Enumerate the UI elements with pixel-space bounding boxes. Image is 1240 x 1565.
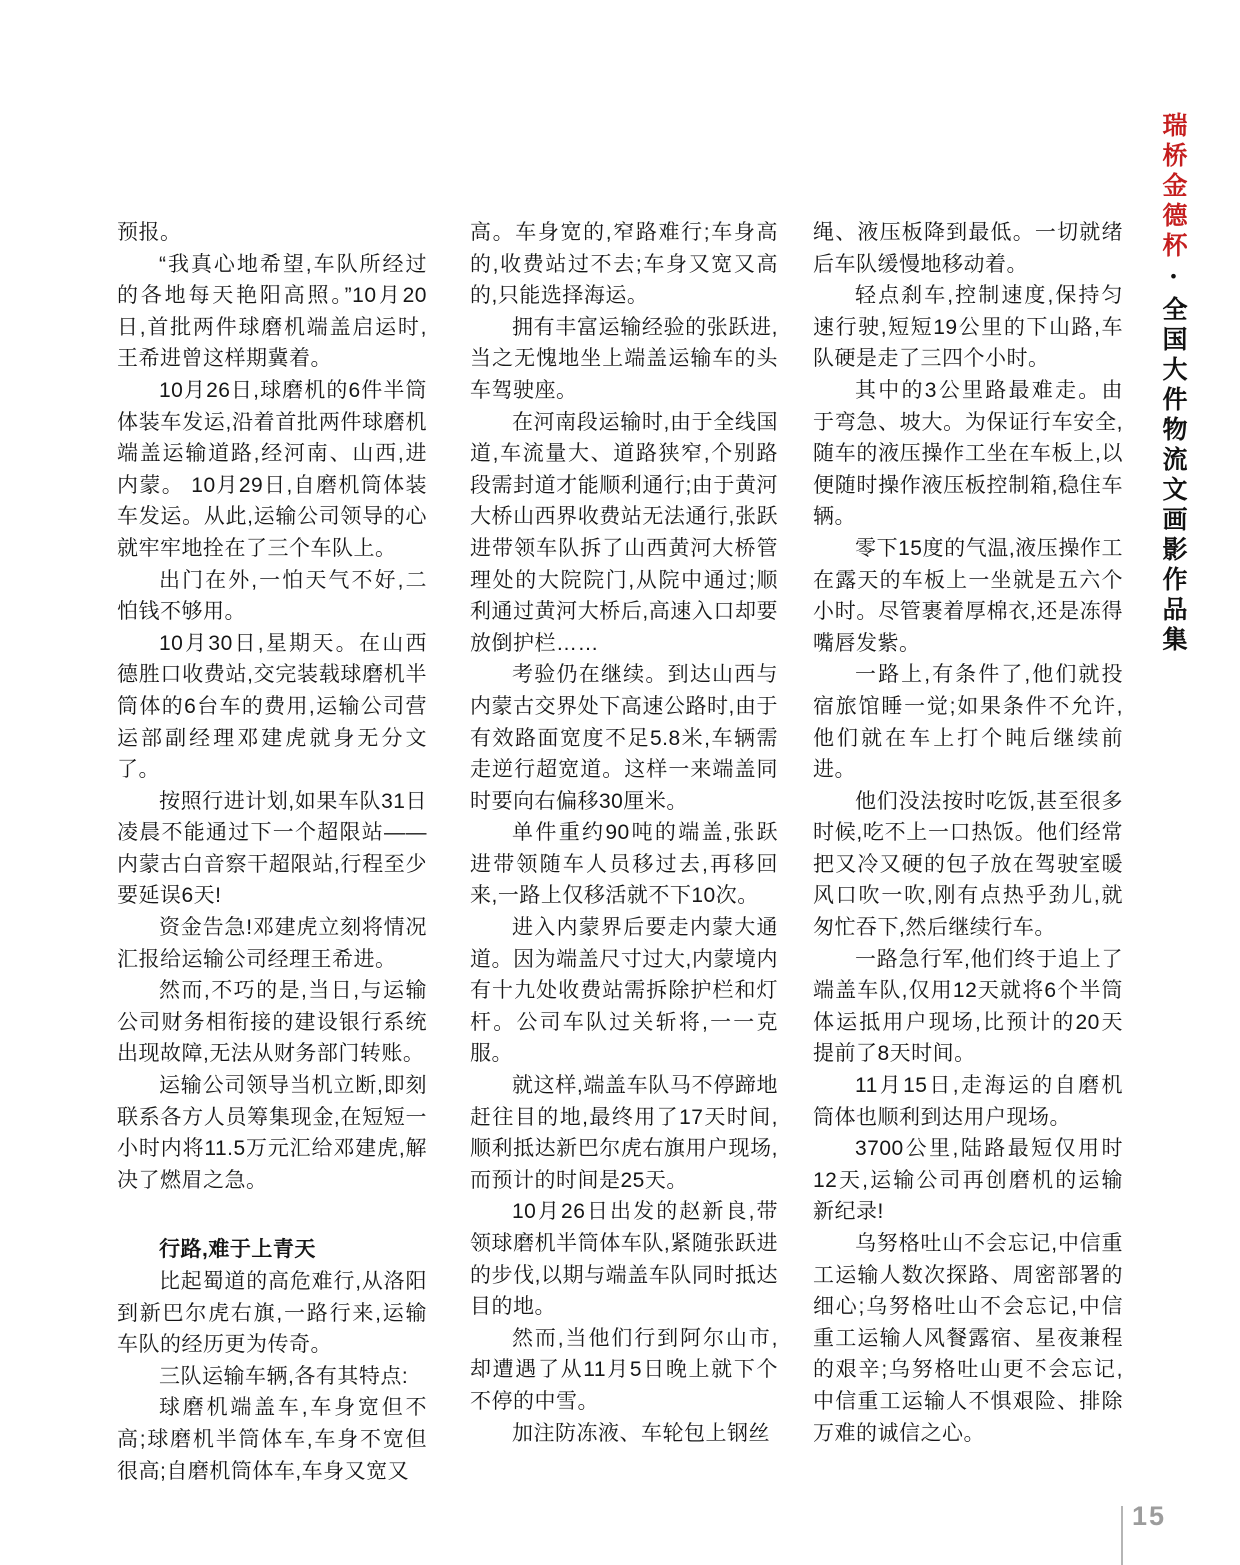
article-paragraph: 3700公里,陆路最短仅用时12天,运输公司再创磨机的运输新纪录!: [813, 1133, 1123, 1228]
article-column-2: 高。车身宽的,窄路难行;车身高的,收费站过不去;车身又宽又高的,只能选择海运。拥…: [470, 217, 778, 1449]
page-number: 15: [1132, 1501, 1166, 1532]
article-paragraph: 预报。: [117, 217, 427, 249]
article-column-3: 绳、液压板降到最低。一切就绪后车队缓慢地移动着。轻点刹车,控制速度,保持匀速行驶…: [813, 217, 1123, 1449]
article-paragraph: 其中的3公里路最难走。由于弯急、坡大。为保证行车安全,随车的液压操作工坐在车板上…: [813, 375, 1123, 533]
article-paragraph: 球磨机端盖车,车身宽但不高;球磨机半筒体车,车身不宽但很高;自磨机筒体车,车身又…: [117, 1392, 427, 1487]
section-heading: 行路,难于上青天: [117, 1234, 427, 1266]
article-paragraph: 绳、液压板降到最低。一切就绪后车队缓慢地移动着。: [813, 217, 1123, 280]
article-paragraph: 10月26日出发的赵新良,带领球磨机半筒体车队,紧随张跃进的步伐,以期与端盖车队…: [470, 1196, 778, 1322]
article-paragraph: 高。车身宽的,窄路难行;车身高的,收费站过不去;车身又宽又高的,只能选择海运。: [470, 217, 778, 312]
article-paragraph: 比起蜀道的高危难行,从洛阳到新巴尔虎右旗,一路行来,运输车队的经历更为传奇。: [117, 1266, 427, 1361]
article-column-1: 预报。“我真心地希望,车队所经过的各地每天艳阳高照。”10月20日,首批两件球磨…: [117, 217, 427, 1487]
article-paragraph: 进入内蒙界后要走内蒙大通道。因为端盖尺寸过大,内蒙境内有十九处收费站需拆除护栏和…: [470, 912, 778, 1070]
article-paragraph: 乌努格吐山不会忘记,中信重工运输人数次探路、周密部署的细心;乌努格吐山不会忘记,…: [813, 1228, 1123, 1449]
article-paragraph: 出门在外,一怕天气不好,二怕钱不够用。: [117, 565, 427, 628]
article-paragraph: 一路上,有条件了,他们就投宿旅馆睡一觉;如果条件不允许,他们就在车上打个盹后继续…: [813, 659, 1123, 785]
article-paragraph: 运输公司领导当机立断,即刻联系各方人员筹集现金,在短短一小时内将11.5万元汇给…: [117, 1070, 427, 1196]
article-paragraph: 拥有丰富运输经验的张跃进,当之无愧地坐上端盖运输车的头车驾驶座。: [470, 312, 778, 407]
article-paragraph: 10月26日,球磨机的6件半筒体装车发运,沿着首批两件球磨机端盖运输道路,经河南…: [117, 375, 427, 565]
article-paragraph: “我真心地希望,车队所经过的各地每天艳阳高照。”10月20日,首批两件球磨机端盖…: [117, 249, 427, 375]
article-paragraph: 考验仍在继续。到达山西与内蒙古交界处下高速公路时,由于有效路面宽度不足5.8米,…: [470, 659, 778, 817]
article-paragraph: 三队运输车辆,各有其特点:: [117, 1361, 427, 1393]
article-paragraph: 然而,不巧的是,当日,与运输公司财务相衔接的建设银行系统出现故障,无法从财务部门…: [117, 975, 427, 1070]
article-paragraph: 然而,当他们行到阿尔山市,却遭遇了从11月5日晚上就下个不停的中雪。: [470, 1323, 778, 1418]
article-paragraph: 他们没法按时吃饭,甚至很多时候,吃不上一口热饭。他们经常把又冷又硬的包子放在驾驶…: [813, 786, 1123, 944]
article-paragraph: 轻点刹车,控制速度,保持匀速行驶,短短19公里的下山路,车队硬是走了三四个小时。: [813, 280, 1123, 375]
article-paragraph: 在河南段运输时,由于全线国道,车流量大、道路狭窄,个别路段需封道才能顺利通行;由…: [470, 407, 778, 660]
magazine-page: 预报。“我真心地希望,车队所经过的各地每天艳阳高照。”10月20日,首批两件球磨…: [0, 0, 1240, 1565]
article-paragraph: 就这样,端盖车队马不停蹄地赶往目的地,最终用了17天时间,顺利抵达新巴尔虎右旗用…: [470, 1070, 778, 1196]
article-paragraph: 单件重约90吨的端盖,张跃进带领随车人员移过去,再移回来,一路上仅移活就不下10…: [470, 817, 778, 912]
article-paragraph: 加注防冻液、车轮包上钢丝: [470, 1418, 778, 1450]
article-paragraph: 10月30日,星期天。在山西德胜口收费站,交完装载球磨机半筒体的6台车的费用,运…: [117, 628, 427, 786]
article-paragraph: 一路急行军,他们终于追上了端盖车队,仅用12天就将6个半筒体运抵用户现场,比预计…: [813, 944, 1123, 1070]
article-paragraph: 按照行进计划,如果车队31日凌晨不能通过下一个超限站——内蒙古白音察干超限站,行…: [117, 786, 427, 912]
side-title-black-text: 全国大件物流文画影作品集: [1159, 296, 1188, 656]
article-paragraph: 资金告急!邓建虎立刻将情况汇报给运输公司经理王希进。: [117, 912, 427, 975]
side-title-separator-dot: ·: [1159, 262, 1188, 296]
side-title-red-text: 瑞桥金德杯: [1159, 112, 1188, 262]
article-paragraph: 零下15度的气温,液压操作工在露天的车板上一坐就是五六个小时。尽管裹着厚棉衣,还…: [813, 533, 1123, 659]
article-paragraph: 11月15日,走海运的自磨机筒体也顺利到达用户现场。: [813, 1070, 1123, 1133]
side-vertical-title: 瑞桥金德杯·全国大件物流文画影作品集: [1155, 112, 1191, 656]
footer-divider-rule: [1121, 1506, 1123, 1565]
